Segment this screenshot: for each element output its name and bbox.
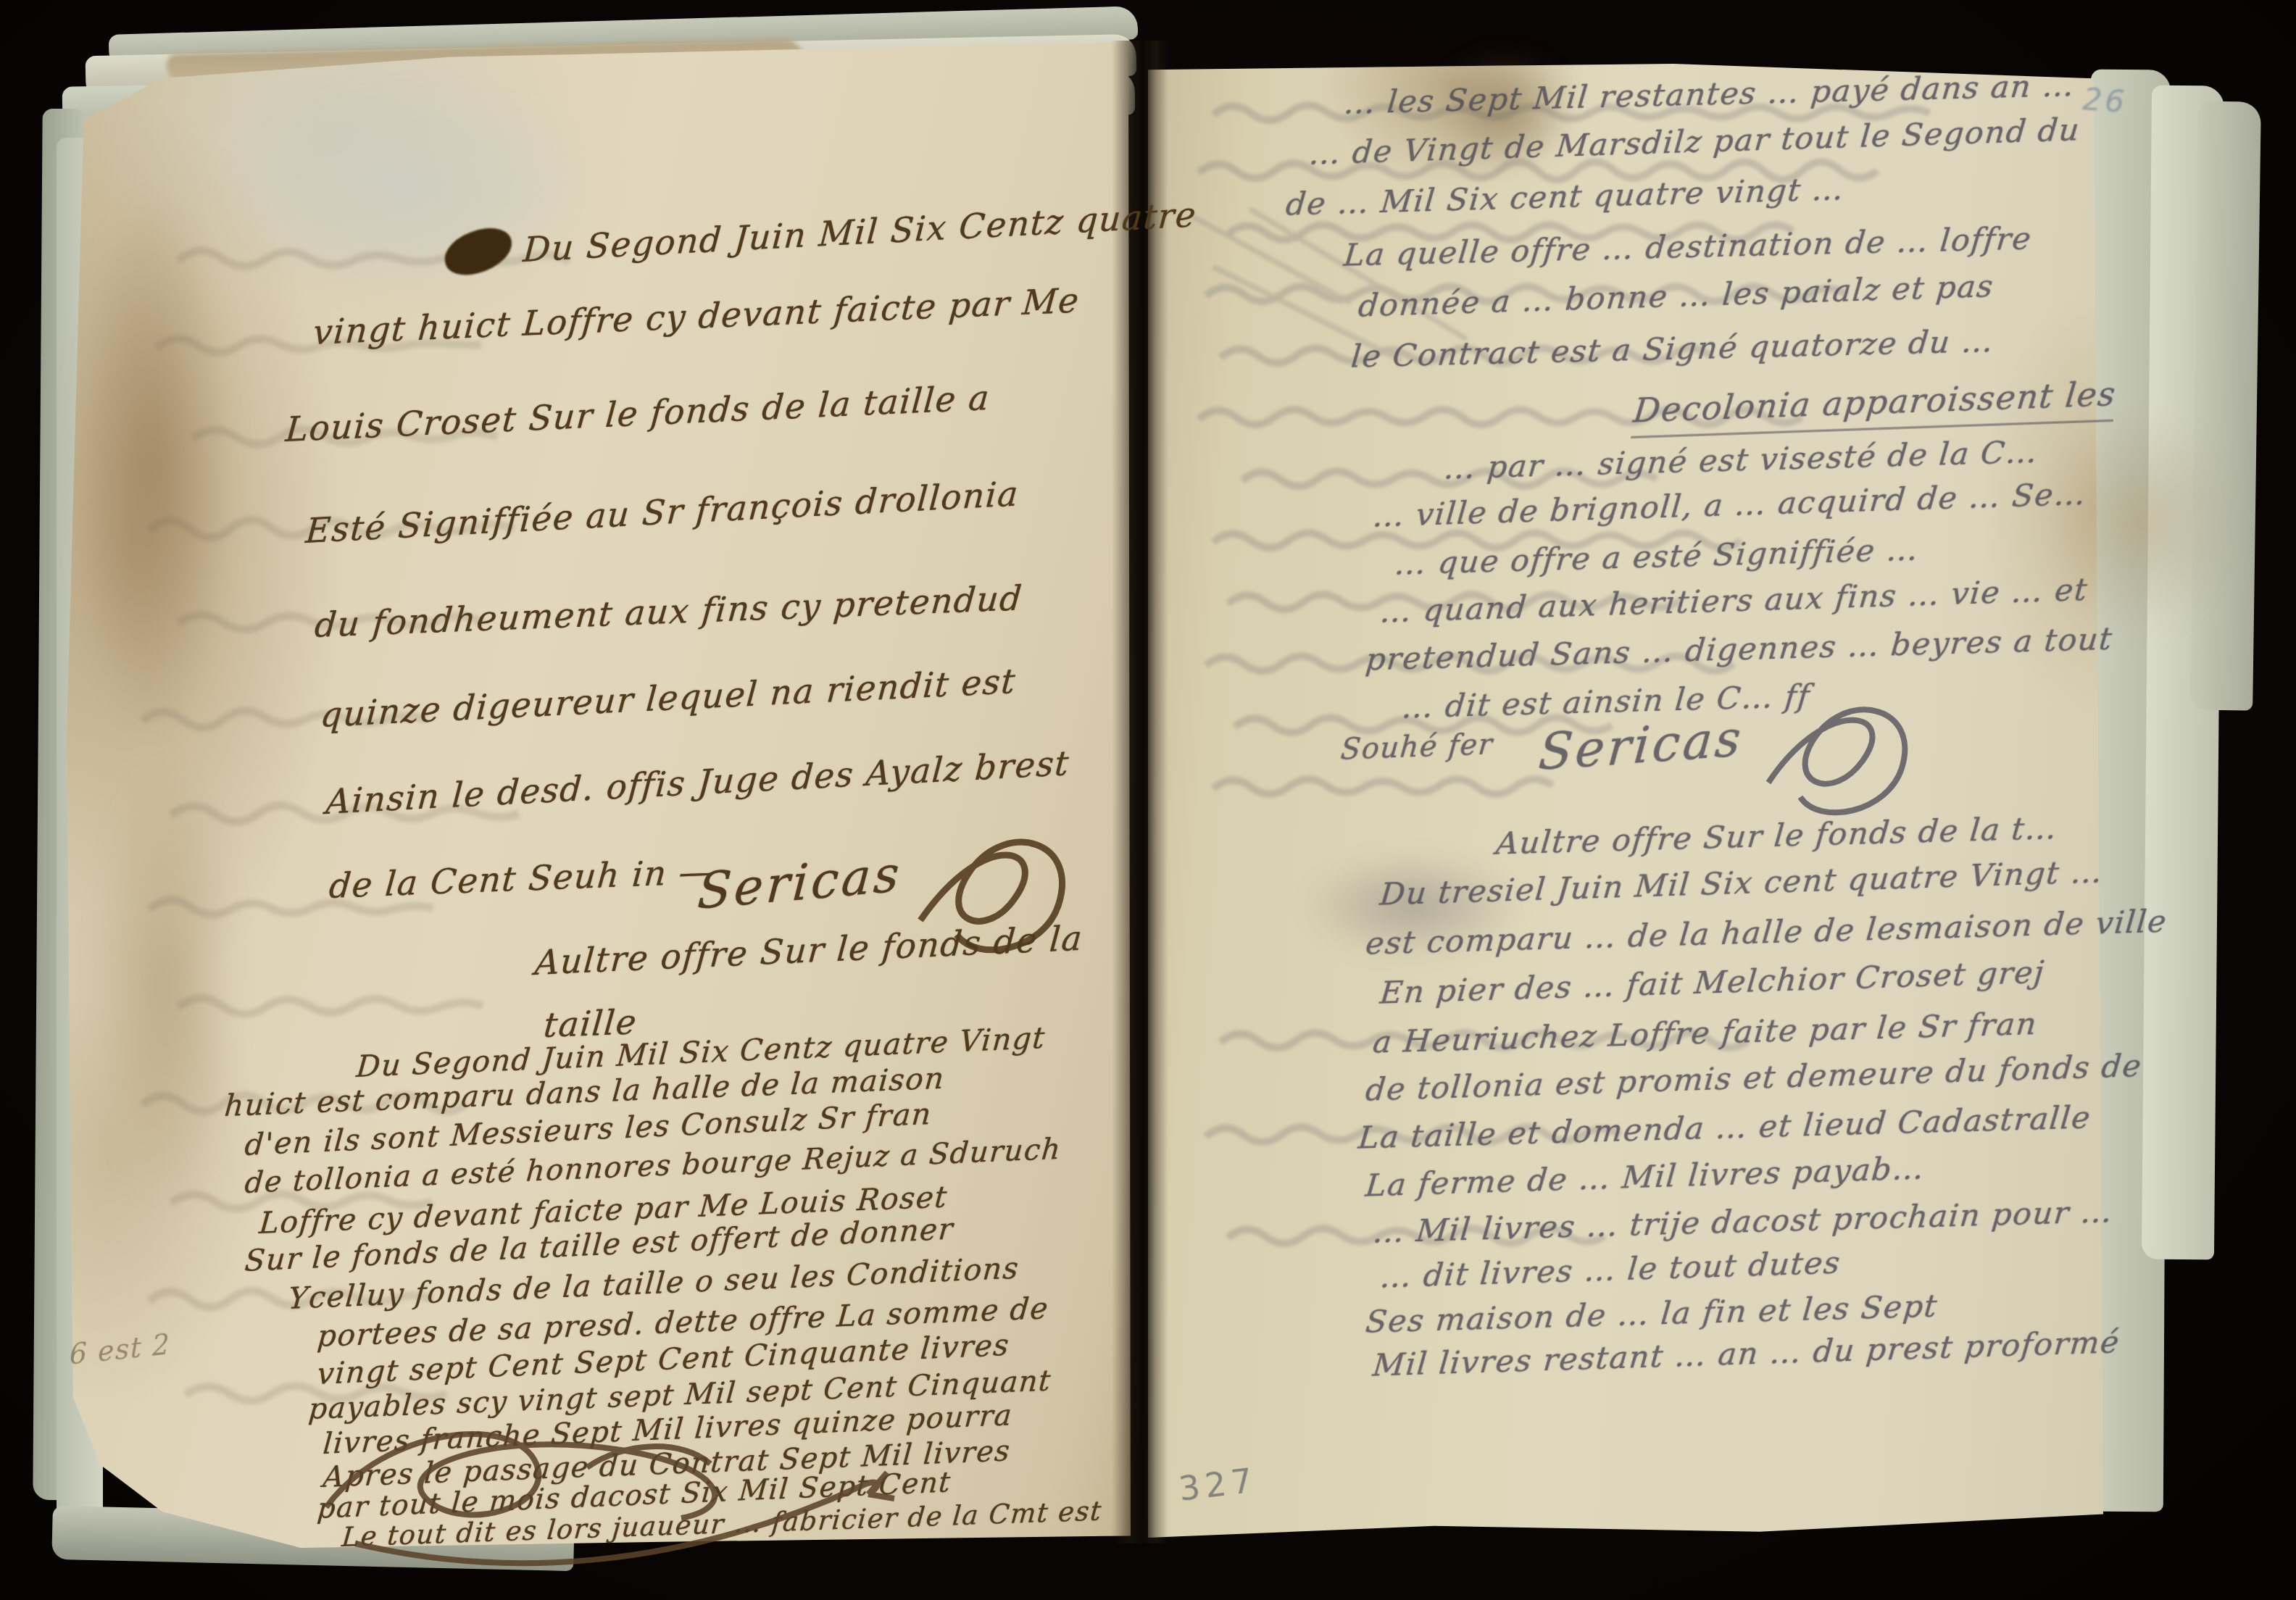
page-edge-sheet [2190,101,2261,710]
water-stain [94,761,239,1210]
manuscript-photo: Du Segond Juin Mil Six Centz quatre ving… [0,0,2296,1600]
signoff: Souhé fer [1339,728,1494,767]
water-stain [217,87,623,304]
water-stain [70,188,236,739]
book-gutter-shadow [1112,41,1168,1543]
corner-number-faded: 26 [2081,81,2129,120]
